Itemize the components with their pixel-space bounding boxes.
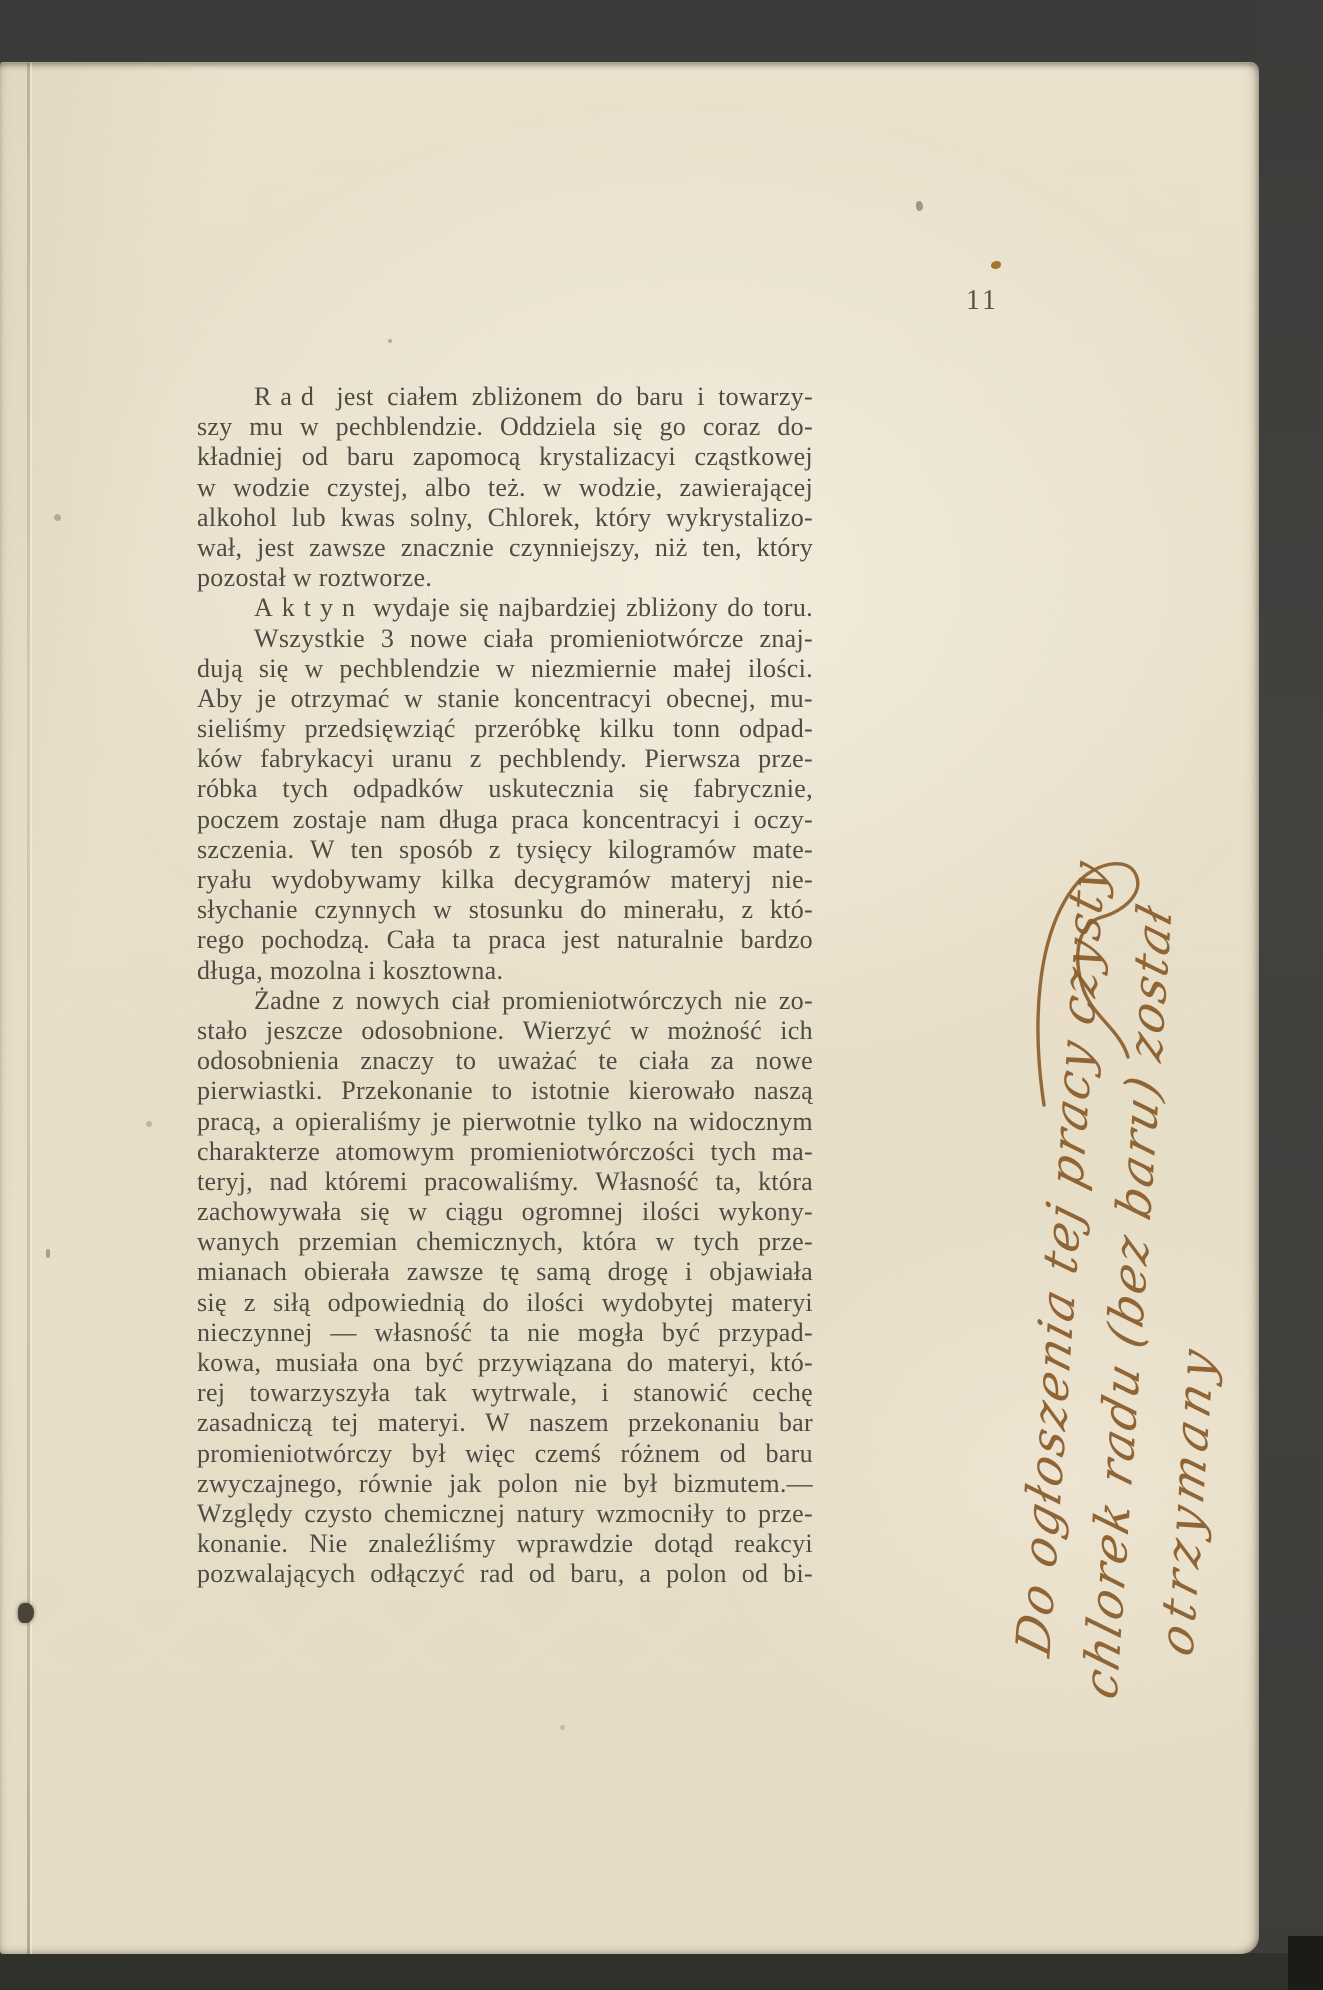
word: szy bbox=[197, 412, 233, 442]
word: ilości. bbox=[748, 654, 813, 684]
word: mu bbox=[249, 412, 283, 442]
word: materyi, bbox=[667, 1348, 755, 1378]
word: tysięcy bbox=[516, 835, 592, 865]
word: wprawdzie bbox=[517, 1529, 634, 1559]
word: baru bbox=[347, 442, 394, 472]
word: te bbox=[598, 1046, 617, 1076]
word: siłą bbox=[273, 1288, 310, 1318]
text-line: poczemzostajenamdługapracakoncentracyiio… bbox=[197, 805, 813, 835]
word: czemś bbox=[535, 1439, 601, 1469]
word: i bbox=[685, 1257, 693, 1287]
word: nam bbox=[380, 805, 426, 835]
word: kierowało bbox=[628, 1076, 735, 1106]
word: się bbox=[639, 774, 669, 804]
word: Aktyn bbox=[254, 593, 364, 623]
word: ryału bbox=[197, 865, 252, 895]
word: a bbox=[639, 1559, 651, 1589]
word: równie bbox=[359, 1469, 433, 1499]
word: do- bbox=[777, 412, 813, 442]
word: ta bbox=[452, 925, 471, 955]
word: z bbox=[332, 986, 344, 1016]
word: możność bbox=[667, 1016, 762, 1046]
word: w bbox=[433, 895, 452, 925]
word: przypad- bbox=[718, 1318, 813, 1348]
word: poczem bbox=[197, 805, 280, 835]
word: naturalnie bbox=[617, 925, 724, 955]
text-line: sieliśmyprzedsięwziąćprzeróbkękilkutonno… bbox=[197, 714, 813, 744]
word: reakcyi bbox=[734, 1529, 813, 1559]
paper-speck bbox=[916, 201, 923, 211]
word: się bbox=[360, 1197, 390, 1227]
word: rad bbox=[480, 1559, 514, 1589]
word: lub bbox=[292, 503, 326, 533]
word: za bbox=[711, 1046, 735, 1076]
text-line: charakterzeatomowympromieniotwórczościty… bbox=[197, 1137, 813, 1167]
word: do bbox=[727, 593, 754, 623]
word: wydobywamy bbox=[271, 865, 421, 895]
word: być bbox=[425, 1348, 463, 1378]
word: ogromnej bbox=[522, 1197, 624, 1227]
word: róbka bbox=[197, 774, 258, 804]
word: natury bbox=[517, 1499, 585, 1529]
word: odosobnienia bbox=[197, 1046, 339, 1076]
word: ciała bbox=[483, 624, 534, 654]
word: stosunku bbox=[469, 895, 564, 925]
word: solny, bbox=[410, 503, 473, 533]
word: toru. bbox=[763, 593, 813, 623]
word: bi- bbox=[783, 1559, 813, 1589]
word: znaczy bbox=[360, 1046, 434, 1076]
word: zasadniczą bbox=[197, 1408, 313, 1438]
book-page: 11 Radjestciałemzbliżonemdobaruitowarzy-… bbox=[0, 62, 1259, 1954]
word: nowych bbox=[356, 986, 440, 1016]
text-line: pozostał w roztworze. bbox=[197, 563, 813, 593]
word: prze- bbox=[758, 744, 813, 774]
word: któ- bbox=[770, 895, 813, 925]
word: kowa, bbox=[197, 1348, 261, 1378]
scan-photo: { "page": { "number": "11" }, "body": { … bbox=[0, 0, 1323, 1990]
word: kilku bbox=[600, 714, 655, 744]
word: dotąd bbox=[654, 1529, 713, 1559]
word: kładniej bbox=[197, 442, 283, 472]
word: zawierającej bbox=[679, 473, 813, 503]
word: decygramów bbox=[514, 865, 651, 895]
word: obierała bbox=[304, 1257, 390, 1287]
word: W bbox=[310, 835, 335, 865]
word: mogła bbox=[578, 1318, 645, 1348]
word: i bbox=[602, 1378, 610, 1408]
word: do bbox=[627, 1348, 654, 1378]
text-line: sięzsiłąodpowiedniądoilościwydobytejmate… bbox=[197, 1288, 813, 1318]
word: Wierzyć bbox=[523, 1016, 612, 1046]
word: nie bbox=[734, 986, 767, 1016]
text-line: Żadneznowychciałpromieniotwórczychniezo- bbox=[197, 986, 813, 1016]
text-line: pozwalającychodłączyćradodbaru,apolonodb… bbox=[197, 1559, 813, 1589]
word: rego bbox=[197, 925, 244, 955]
word: to bbox=[726, 1499, 747, 1529]
word: wytrwale, bbox=[471, 1378, 577, 1408]
word: któremi bbox=[325, 1167, 408, 1197]
word: to bbox=[492, 1076, 513, 1106]
text-line: zwyczajnego,równiejakpolonniebyłbizmutem… bbox=[197, 1469, 813, 1499]
word: Chlorek, bbox=[488, 503, 581, 533]
word: która bbox=[582, 1227, 637, 1257]
text-line: pracą,aopieraliśmyjepierwotnietylkonawid… bbox=[197, 1107, 813, 1137]
word: coraz bbox=[703, 412, 761, 442]
word: wał, bbox=[197, 533, 242, 563]
word: czystej, bbox=[327, 473, 408, 503]
word: Przekonanie bbox=[341, 1076, 473, 1106]
word: promieniotwórczych bbox=[502, 986, 723, 1016]
word: przekonaniu bbox=[628, 1408, 760, 1438]
word: uważać bbox=[497, 1046, 577, 1076]
word: znacznie bbox=[401, 533, 494, 563]
word: ciągu bbox=[446, 1197, 504, 1227]
text-line: wanychprzemianchemicznych,którawtychprze… bbox=[197, 1227, 813, 1257]
word: w bbox=[197, 473, 216, 503]
word: nowe bbox=[410, 624, 468, 654]
word: do bbox=[483, 1288, 510, 1318]
word: zawsze bbox=[309, 533, 386, 563]
word: oczy- bbox=[754, 805, 813, 835]
gutter-crease-highlight bbox=[30, 63, 32, 1954]
word: od bbox=[302, 442, 329, 472]
word: teryj, bbox=[197, 1167, 253, 1197]
marginalia-flourish-stroke bbox=[1030, 853, 1160, 1113]
word: dują bbox=[197, 654, 243, 684]
text-line: alkohollubkwassolny,Chlorek,którywykryst… bbox=[197, 503, 813, 533]
word: znaj- bbox=[760, 624, 813, 654]
word: też. bbox=[488, 473, 526, 503]
word: pechblendzie. bbox=[336, 412, 484, 442]
word: od bbox=[720, 1439, 747, 1469]
word: przemian bbox=[298, 1227, 397, 1257]
word: musiała bbox=[275, 1348, 358, 1378]
word: wykony- bbox=[718, 1197, 813, 1227]
word: więc bbox=[465, 1439, 515, 1469]
text-line: szczenia.Wtensposóbztysięcykilogramówmat… bbox=[197, 835, 813, 865]
text-line: wwodzieczystej,alboteż.wwodzie,zawierają… bbox=[197, 473, 813, 503]
word: na bbox=[653, 1107, 678, 1137]
word: jest bbox=[563, 925, 600, 955]
word: nieczynnej bbox=[197, 1318, 313, 1348]
word: — bbox=[330, 1318, 356, 1348]
word: odosobnione. bbox=[361, 1016, 504, 1046]
text-line: kładniejodbaruzapomocąkrystalizacyicząst… bbox=[197, 442, 813, 472]
word: mianach bbox=[197, 1257, 287, 1287]
word: drogę bbox=[608, 1257, 669, 1287]
word: je bbox=[257, 684, 276, 714]
word: szczenia. bbox=[197, 835, 294, 865]
word: odpad- bbox=[739, 714, 813, 744]
word: uskutecznia bbox=[488, 774, 614, 804]
word: zbliżony bbox=[626, 593, 718, 623]
word: ma- bbox=[772, 1137, 813, 1167]
word: Żadne bbox=[254, 986, 320, 1016]
word: objawiała bbox=[709, 1257, 813, 1287]
word: sieliśmy bbox=[197, 714, 286, 744]
paper-speck bbox=[146, 1121, 152, 1127]
text-line: długa, mozolna i kosztowna. bbox=[197, 956, 813, 986]
word: z bbox=[244, 1288, 256, 1318]
word: polon bbox=[666, 1559, 727, 1589]
word: własność bbox=[374, 1318, 472, 1348]
word: nowe bbox=[755, 1046, 813, 1076]
word: i bbox=[733, 805, 741, 835]
word: się bbox=[613, 412, 643, 442]
word: znaleźliśmy bbox=[368, 1529, 495, 1559]
word: ten, bbox=[702, 533, 741, 563]
word: z bbox=[489, 835, 501, 865]
word: od bbox=[529, 1559, 556, 1589]
word: zo- bbox=[779, 986, 813, 1016]
word: w bbox=[496, 654, 515, 684]
paper-speck bbox=[54, 514, 61, 521]
word: charakterze bbox=[197, 1137, 320, 1167]
word: jak bbox=[449, 1469, 482, 1499]
word: w bbox=[630, 1016, 649, 1046]
word: Wszystkie bbox=[254, 624, 365, 654]
word: chemicznej bbox=[384, 1499, 505, 1529]
word: fabrykacyi bbox=[260, 744, 374, 774]
text-line: promieniotwórczybyłwięcczemśróżnemodbaru bbox=[197, 1439, 813, 1469]
word: Własność bbox=[595, 1167, 698, 1197]
word: ciała bbox=[639, 1046, 690, 1076]
word: pechblendzie bbox=[339, 654, 480, 684]
scanner-background-top bbox=[0, 0, 1323, 62]
word: ków bbox=[197, 744, 243, 774]
word: ich bbox=[780, 1016, 813, 1046]
word: go bbox=[659, 412, 686, 442]
word: się bbox=[459, 593, 489, 623]
word: cechę bbox=[752, 1378, 813, 1408]
word: Nie bbox=[309, 1529, 347, 1559]
word: koncentracyi bbox=[514, 684, 652, 714]
word: materyi bbox=[731, 1288, 813, 1318]
word: a bbox=[272, 1107, 284, 1137]
word: któ- bbox=[770, 1348, 813, 1378]
word: wykrystalizo- bbox=[666, 503, 813, 533]
word: czysto bbox=[304, 1499, 372, 1529]
paper-speck bbox=[388, 339, 392, 343]
word: pierwiastki. bbox=[197, 1076, 323, 1106]
word: kilogramów bbox=[608, 835, 737, 865]
text-line: nieczynnej—własnośćtaniemogłabyćprzypad- bbox=[197, 1318, 813, 1348]
word: w bbox=[408, 1197, 427, 1227]
word: Aby bbox=[197, 684, 243, 714]
word: widocznym bbox=[689, 1107, 813, 1137]
word: bizmutem.— bbox=[673, 1469, 812, 1499]
word: 3 bbox=[381, 624, 394, 654]
word: tych bbox=[282, 774, 328, 804]
word: niż bbox=[655, 533, 688, 563]
text-line: Radjestciałemzbliżonemdobaruitowarzy- bbox=[197, 382, 813, 412]
word: praca bbox=[488, 925, 546, 955]
word: i bbox=[697, 382, 705, 412]
word: się bbox=[197, 1288, 227, 1318]
word: stanowić bbox=[633, 1378, 728, 1408]
word: Rad bbox=[254, 382, 323, 412]
word: tej bbox=[332, 1408, 359, 1438]
word: opieraliśmy bbox=[295, 1107, 421, 1137]
word: chemicznych, bbox=[416, 1227, 563, 1257]
word: która bbox=[758, 1167, 813, 1197]
word: wydaje bbox=[373, 593, 450, 623]
word: ciał bbox=[452, 986, 491, 1016]
word: się bbox=[259, 654, 289, 684]
word: praca bbox=[511, 805, 569, 835]
scanner-background-right bbox=[1259, 0, 1323, 1990]
word: odłączyć bbox=[370, 1559, 465, 1589]
word: mate- bbox=[752, 835, 813, 865]
word: polon bbox=[498, 1469, 559, 1499]
word: tak bbox=[415, 1378, 448, 1408]
word: alkohol bbox=[197, 503, 277, 533]
text-line: słychanieczynnychwstosunkudominerału,zkt… bbox=[197, 895, 813, 925]
text-line: Abyjeotrzymaćwstaniekoncentracyiobecnej,… bbox=[197, 684, 813, 714]
word: zawsze bbox=[407, 1257, 484, 1287]
word: tylko bbox=[587, 1107, 642, 1137]
word: małej bbox=[673, 654, 732, 684]
word: z bbox=[741, 895, 753, 925]
word: niezmiernie bbox=[531, 654, 657, 684]
word: do bbox=[596, 382, 623, 412]
marginalia-line: otrzymany bbox=[1148, 1337, 1227, 1662]
word: do bbox=[580, 895, 607, 925]
word: z bbox=[470, 744, 482, 774]
word: różnem bbox=[621, 1439, 701, 1469]
text-line: pierwiastki.Przekonanietoistotniekierowa… bbox=[197, 1076, 813, 1106]
word: baru bbox=[636, 382, 683, 412]
word: czynniejszy, bbox=[509, 533, 640, 563]
word: przywiązana bbox=[478, 1348, 613, 1378]
word: odpowiednią bbox=[328, 1288, 466, 1318]
word: pracowaliśmy. bbox=[424, 1167, 579, 1197]
word: to bbox=[456, 1046, 477, 1076]
text-line: wał,jestzawszeznacznieczynniejszy,niżten… bbox=[197, 533, 813, 563]
word: odpadków bbox=[353, 774, 464, 804]
text-line: odosobnieniaznaczytouważaćteciałazanowe bbox=[197, 1046, 813, 1076]
word: samą bbox=[536, 1257, 591, 1287]
word: nie bbox=[575, 1469, 608, 1499]
word: był bbox=[623, 1469, 657, 1499]
word: towarzyszyła bbox=[250, 1378, 391, 1408]
word: prze- bbox=[758, 1227, 813, 1257]
word: fabrycznie, bbox=[693, 774, 813, 804]
word: naszą bbox=[754, 1076, 813, 1106]
word: nie bbox=[527, 1318, 560, 1348]
word: nie- bbox=[771, 865, 813, 895]
paper-speck bbox=[560, 1725, 565, 1730]
word: materyi. bbox=[378, 1408, 466, 1438]
word: je bbox=[432, 1107, 451, 1137]
word: stanie bbox=[437, 684, 499, 714]
word: uranu bbox=[392, 744, 453, 774]
text-line: ryałuwydobywamykilkadecygramówmateryjnie… bbox=[197, 865, 813, 895]
text-line: mianachobierałazawszetęsamądrogęiobjawia… bbox=[197, 1257, 813, 1287]
word: pracą, bbox=[197, 1107, 262, 1137]
word: wodzie, bbox=[579, 473, 663, 503]
word: Cała bbox=[387, 925, 436, 955]
word: stało bbox=[197, 1016, 248, 1046]
word: prze- bbox=[758, 1499, 813, 1529]
scanner-background-corner-patch bbox=[1288, 1936, 1323, 1990]
text-line: teryj,nadktóremipracowaliśmy.Własnośćta,… bbox=[197, 1167, 813, 1197]
word: tych bbox=[710, 1137, 756, 1167]
word: pechblendy. bbox=[499, 744, 627, 774]
word: kwas bbox=[341, 503, 396, 533]
word: rej bbox=[197, 1378, 225, 1408]
word: zwyczajnego, bbox=[197, 1469, 343, 1499]
body-text: Radjestciałemzbliżonemdobaruitowarzy-szy… bbox=[197, 382, 813, 1590]
word: W bbox=[485, 1408, 510, 1438]
word: od bbox=[742, 1559, 769, 1589]
scanner-background-bottom bbox=[0, 1953, 1323, 1990]
text-line: dująsięwpechblendziewniezmierniemałejilo… bbox=[197, 654, 813, 684]
word: Oddziela bbox=[500, 412, 596, 442]
word: jest bbox=[257, 533, 294, 563]
word: bar bbox=[779, 1408, 813, 1438]
paper-speck bbox=[991, 261, 1001, 269]
page-number: 11 bbox=[966, 285, 999, 317]
word: promieniotwórczy bbox=[197, 1439, 392, 1469]
word: atomowym bbox=[335, 1137, 454, 1167]
word: otrzymać bbox=[291, 684, 390, 714]
word: słychanie bbox=[197, 895, 298, 925]
word: czynnych bbox=[314, 895, 416, 925]
word: który bbox=[595, 503, 651, 533]
word: kilka bbox=[441, 865, 495, 895]
word: baru bbox=[766, 1439, 813, 1469]
word: zbliżonem bbox=[472, 382, 583, 412]
word: w bbox=[304, 654, 323, 684]
word: ilości bbox=[642, 1197, 700, 1227]
word: ta, bbox=[715, 1167, 741, 1197]
word: naszem bbox=[529, 1408, 609, 1438]
paper-speck bbox=[46, 1249, 50, 1258]
text-line: róbkatychodpadkówuskuteczniasięfabryczni… bbox=[197, 774, 813, 804]
word: zostaje bbox=[293, 805, 367, 835]
word: tonn bbox=[673, 714, 720, 744]
word: materyj bbox=[670, 865, 752, 895]
word: nad bbox=[270, 1167, 308, 1197]
word: albo bbox=[425, 473, 471, 503]
word: Względy bbox=[197, 1499, 293, 1529]
word: wodzie bbox=[233, 473, 310, 503]
word: przeróbkę bbox=[474, 714, 581, 744]
word: tych bbox=[693, 1227, 739, 1257]
word: długa bbox=[439, 805, 498, 835]
word: mu- bbox=[770, 684, 813, 714]
word: najbardziej bbox=[498, 593, 617, 623]
text-line: Względyczystochemicznejnaturywzmocniłyto… bbox=[197, 1499, 813, 1529]
word: istotnie bbox=[531, 1076, 610, 1106]
word: cząstkowej bbox=[694, 442, 813, 472]
word: minerału, bbox=[623, 895, 725, 925]
word: pierwotnie bbox=[462, 1107, 576, 1137]
text-line: zachowywałasięwciąguogromnejilościwykony… bbox=[197, 1197, 813, 1227]
text-line: stałojeszczeodosobnione.Wierzyćwmożnośći… bbox=[197, 1016, 813, 1046]
word: krystalizacyi bbox=[539, 442, 676, 472]
word: ta bbox=[490, 1318, 509, 1348]
text-line: konanie.Nieznaleźliśmywprawdziedotądreak… bbox=[197, 1529, 813, 1559]
text-line: Wszystkie3noweciałapromieniotwórczeznaj- bbox=[197, 624, 813, 654]
word: przedsięwziąć bbox=[305, 714, 456, 744]
word: promieniotwórczości bbox=[470, 1137, 695, 1167]
word: towarzy- bbox=[718, 382, 813, 412]
word: zachowywała bbox=[197, 1197, 342, 1227]
word: obecnej, bbox=[666, 684, 756, 714]
